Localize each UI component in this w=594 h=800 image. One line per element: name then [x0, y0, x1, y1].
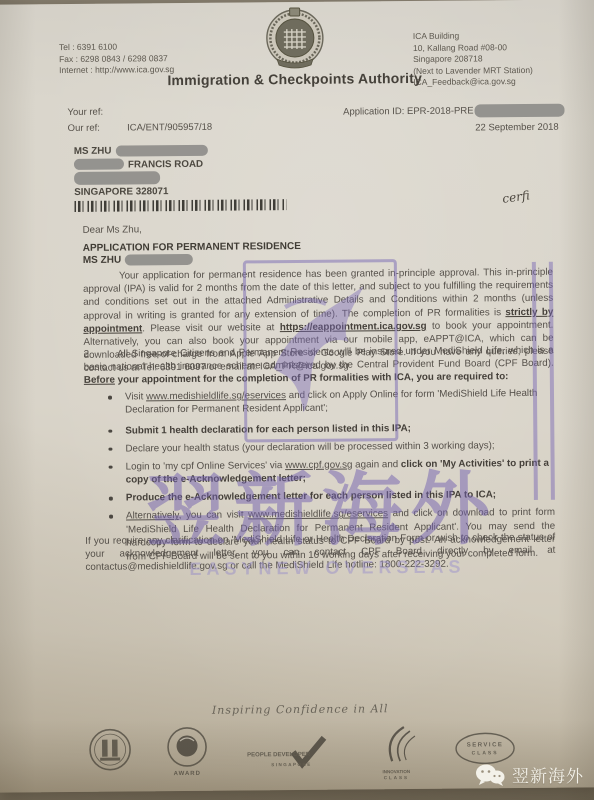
bullet6-text: , you can visit [179, 510, 249, 522]
subject-line-2: MS ZHU [83, 254, 193, 266]
bullet-item-3: Declare your health status (your declara… [106, 438, 554, 455]
application-id-row: Application ID: EPR-2018-PRE [343, 104, 565, 119]
para1-text: . Please visit our website at [142, 322, 280, 334]
recipient-street-line: FRANCIS ROAD [74, 157, 208, 172]
subject-name: MS ZHU [83, 255, 121, 266]
photographed-letter: { "header": { "contact": { "tel": "Tel :… [0, 0, 594, 800]
para2-bold-text: your appointment for the completion of P… [115, 372, 509, 386]
recipient-redacted-line [74, 171, 208, 186]
bullet4-text: Login to 'my cpf Online Services' via [126, 460, 286, 472]
application-id-redaction [474, 104, 564, 118]
bullet1-text: Visit [125, 391, 146, 402]
handwritten-note: cerfi [501, 188, 530, 205]
bullet-item-5: Produce the e-Acknowledgement letter for… [107, 488, 555, 505]
fax-line: Fax : 6298 0843 / 6298 0837 [59, 53, 174, 66]
our-ref-label: Our ref: [68, 123, 100, 134]
letter-date: 22 September 2018 [475, 122, 559, 134]
eappointment-link: https://eappointment.ica.gov.sg [280, 321, 427, 333]
bullet-item-4: Login to 'my cpf Online Services' via ww… [107, 456, 555, 487]
svg-text:CLASS: CLASS [384, 775, 409, 780]
people-developer-icon: PEOPLE DEVELOPER SINGAPORE [241, 734, 339, 779]
brand-text: 翌新海外 [512, 762, 584, 787]
recipient-name: MS ZHU [74, 146, 112, 157]
our-ref-value: ICA/ENT/905957/18 [127, 122, 212, 134]
para2-text: All Singapore Citizens and Permanent Res… [84, 345, 554, 373]
street-redaction [74, 159, 124, 170]
salutation: Dear Ms Zhu, [82, 224, 141, 236]
subject-line-1: APPLICATION FOR PERMANENT RESIDENCE [83, 241, 301, 254]
application-id: Application ID: EPR-2018-PRE [343, 105, 474, 117]
svg-text:SERVICE: SERVICE [467, 742, 504, 748]
name-redaction [115, 145, 207, 157]
cpf-link: www.cpf.gov.sg [285, 459, 352, 471]
quality-award-towers-icon [87, 725, 134, 783]
address-barcode [74, 199, 286, 212]
svg-text:CLASS: CLASS [472, 750, 499, 756]
ica-crest-icon [262, 7, 327, 70]
closing-paragraph: If you require any clarification on 'Med… [85, 531, 555, 575]
medishield-link: www.medishieldlife.sg/eservices [146, 390, 286, 402]
svg-text:PEOPLE DEVELOPER: PEOPLE DEVELOPER [247, 752, 311, 759]
svg-text:SINGAPORE: SINGAPORE [271, 762, 312, 767]
paragraph-2: 2All Singapore Citizens and Permanent Re… [84, 344, 554, 388]
tel-line: Tel : 6391 6100 [59, 41, 174, 54]
wechat-icon [475, 763, 505, 787]
bullet-item-2: Submit 1 health declaration for each per… [106, 421, 554, 438]
subject-redaction [125, 254, 193, 266]
para2-before: Before [84, 375, 115, 386]
bullet4-text: again and [352, 459, 401, 470]
your-ref-label: Your ref: [67, 107, 103, 118]
recipient-name-line: MS ZHU [74, 144, 208, 159]
footer-logos-row: AWARD PEOPLE DEVELOPER SINGAPORE INNOVAT… [87, 722, 518, 788]
para2-number: 2 [84, 349, 118, 360]
street-suffix: FRANCIS ROAD [128, 158, 203, 170]
innovation-class-swirl-icon: INNOVATION CLASS [370, 723, 423, 783]
our-ref-row: Our ref: ICA/ENT/905957/18 [68, 122, 213, 134]
letter-paper: Tel : 6391 6100 Fax : 6298 0843 / 6298 0… [0, 0, 594, 793]
bullet6-alternatively: Alternatively [126, 510, 179, 521]
footer-tagline: Inspiring Confidence in All [0, 700, 594, 718]
line-redaction [74, 171, 160, 185]
medishield-link: www.medishieldlife.sg/eservices [248, 509, 388, 521]
svg-text:AWARD: AWARD [174, 771, 201, 777]
recipient-city-line: SINGAPORE 328071 [74, 184, 208, 199]
lion-award-icon: AWARD [164, 725, 211, 787]
brand-watermark: 翌新海外 [475, 762, 584, 787]
svg-text:INNOVATION: INNOVATION [382, 769, 410, 774]
para1-text: Your application for permanent residence… [83, 267, 553, 322]
bullet-item-1: Visit www.medishieldlife.sg/eservices an… [106, 387, 554, 418]
recipient-block: MS ZHU FRANCIS ROAD SINGAPORE 328071 [74, 144, 208, 199]
